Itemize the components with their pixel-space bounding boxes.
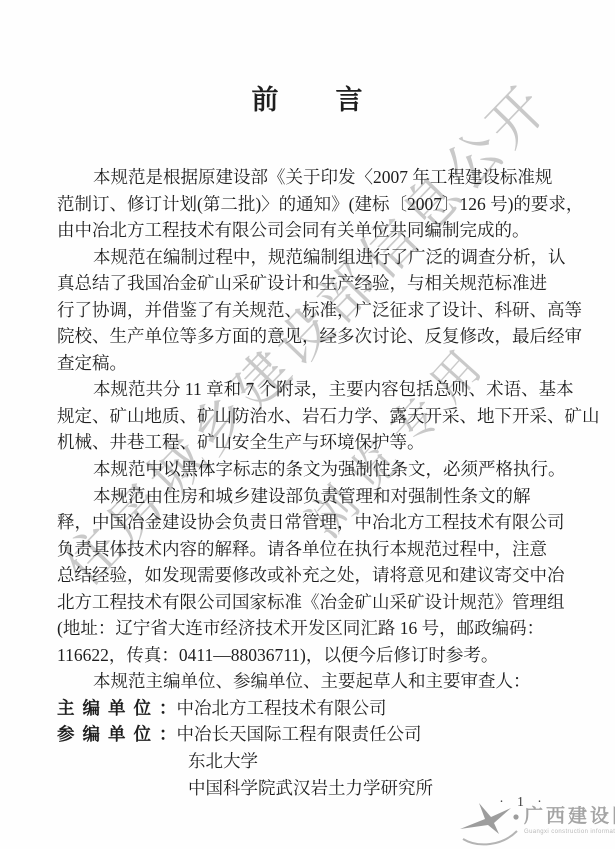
- body-line: 东北大学: [57, 748, 561, 775]
- logo-tagline: Guangxi construction information network…: [524, 828, 615, 836]
- body-text: 本规范是根据原建设部《关于印发〈2007 年工程建设标准规范制订、修订计划(第二…: [57, 164, 561, 801]
- logo-name: 广西建设网: [524, 806, 615, 828]
- body-line: 院校、生产单位等多方面的意见，经多次讨论、反复修改，最后经审: [57, 323, 561, 350]
- body-line: 释，中国冶金建设协会负责日常管理，中冶北方工程技术有限公司: [57, 509, 561, 536]
- editor-unit-value: 中冶长天国际工程有限责任公司: [177, 724, 422, 744]
- editor-unit-value: 中冶北方工程技术有限公司: [177, 698, 387, 718]
- body-line: 本规范在编制过程中，规范编制组进行了广泛的调查分析，认: [57, 244, 561, 271]
- body-line: 总结经验，如发现需要修改或补充之处，请将意见和建议寄交中冶: [57, 562, 561, 589]
- body-line: 本规范是根据原建设部《关于印发〈2007 年工程建设标准规: [57, 164, 561, 191]
- editor-unit-label: 主编单位: [57, 698, 159, 718]
- body-line: 负责具体技术内容的解释。请各单位在执行本规范过程中，注意: [57, 536, 561, 563]
- body-line: 范制订、修订计划(第二批)〉的通知》(建标〔2007〕126 号)的要求，: [57, 191, 561, 218]
- body-line: 规定、矿山地质、矿山防治水、岩石力学、露天开采、地下开采、矿山: [57, 403, 561, 430]
- body-line: 由中冶北方工程技术有限公司会同有关单位共同编制完成的。: [57, 217, 561, 244]
- body-line: 本规范由住房和城乡建设部负责管理和对强制性条文的解: [57, 483, 561, 510]
- editor-unit-line: 参编单位：中冶长天国际工程有限责任公司: [57, 721, 561, 748]
- page-title: 前 言: [0, 78, 615, 117]
- body-line: 北方工程技术有限公司国家标准《冶金矿山采矿设计规范》管理组: [57, 589, 561, 616]
- document-page: 住房城乡建设部信息公开 浏览专用 前 言 本规范是根据原建设部《关于印发〈200…: [0, 0, 615, 849]
- body-line: 116622，传真：0411—88036711)，以便今后修订时参考。: [57, 642, 561, 669]
- body-line: 本规范主编单位、参编单位、主要起草人和主要审查人：: [57, 668, 561, 695]
- site-logo: 广西建设网 Guangxi construction information n…: [458, 798, 615, 848]
- body-line: 查定稿。: [57, 350, 561, 377]
- body-line: 本规范共分 11 章和 7 个附录，主要内容包括总则、术语、基本: [57, 376, 561, 403]
- body-line: (地址：辽宁省大连市经济技术开发区同汇路 16 号，邮政编码：: [57, 615, 561, 642]
- editor-unit-line: 主编单位：中冶北方工程技术有限公司: [57, 695, 561, 722]
- body-line: 真总结了我国冶金矿山采矿设计和生产经验，与相关规范标准进: [57, 270, 561, 297]
- body-line: 机械、井巷工程、矿山安全生产与环境保护等。: [57, 429, 561, 456]
- editor-unit-colon: ：: [159, 724, 177, 744]
- star-swoosh-icon: [458, 798, 522, 848]
- logo-text-block: 广西建设网 Guangxi construction information n…: [524, 806, 615, 836]
- body-line: 本规范中以黑体字标志的条文为强制性条文，必须严格执行。: [57, 456, 561, 483]
- editor-unit-colon: ：: [159, 698, 177, 718]
- body-line: 行了协调，并借鉴了有关规范、标准，广泛征求了设计、科研、高等: [57, 297, 561, 324]
- editor-unit-label: 参编单位: [57, 724, 159, 744]
